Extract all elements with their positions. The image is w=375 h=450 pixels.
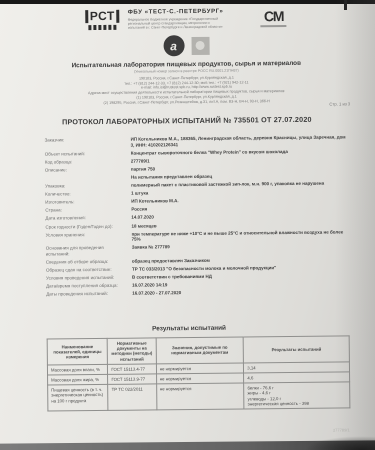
results-table: Наименование показателей, единицы измере… — [47, 335, 351, 411]
detail-row: Даты проведения испытаний:16.07.2020 - 2… — [46, 289, 349, 298]
sample-code-watermark: 277789/1 — [333, 427, 350, 432]
detail-row: Код образца:277789/1 — [45, 156, 348, 165]
paper-sheet: РСТ ФБУ «ТЕСТ-С.-ПЕТЕРБУРГ» Федеральное … — [0, 0, 375, 450]
detail-row: Описание:партия 750 — [45, 164, 348, 173]
detail-row: Количество:1 штука — [45, 189, 348, 198]
detail-value: Россия — [131, 205, 348, 213]
results-header-row: Наименование показателей, единицы измере… — [47, 336, 349, 365]
detail-label: Условия проведения испытаний: — [46, 275, 128, 281]
detail-label: Условия хранения: — [46, 231, 128, 243]
detail-row: Срок годности (Годен/Годен до):18 месяце… — [45, 221, 348, 230]
detail-value: 18 месяцев — [131, 221, 348, 229]
detail-label: Изготовитель: — [45, 199, 127, 205]
organization-name: ФБУ «ТЕСТ-С.-ПЕТЕРБУРГ» — [128, 8, 253, 15]
detail-row: Дата изготовления:14.07.2020 — [45, 213, 348, 222]
detail-row: Сведения об отборе образца:образец предо… — [46, 256, 349, 265]
detail-label: Дата изготовления: — [45, 215, 127, 221]
detail-value: образец предоставлен Заказчиком — [132, 256, 349, 264]
detail-label: Количество: — [45, 191, 127, 197]
detail-row: Объект испытаний:Концентрат сывороточног… — [45, 148, 348, 157]
result-allowed: не нормируется — [156, 383, 244, 410]
detail-value: партия 750 — [131, 164, 348, 172]
detail-label: Описание: — [45, 167, 127, 173]
cm-logo-text: СМ — [264, 10, 284, 23]
result-method: ТР ТС 022/2011 — [108, 384, 157, 410]
rst-logo-text: РСТ — [90, 10, 115, 23]
page-number: Стр. 1 из 3 — [329, 101, 350, 106]
rst-logo-bar — [117, 10, 120, 23]
results-header-cell: Значения, допустимые по нормативным доку… — [156, 337, 244, 364]
laboratory-block: Испытательная лаборатория пищевых продук… — [0, 59, 374, 106]
cm-logo-caption — [261, 25, 287, 27]
detail-value: 16.07.2020 14:19 — [132, 281, 349, 289]
cm-logo-icon: СМ — [261, 10, 287, 27]
accreditation-icon: а — [163, 35, 184, 56]
result-method: ГОСТ 15113.9-77 — [108, 374, 156, 385]
emblem-icon — [191, 36, 209, 54]
detail-label: Срок годности (Годен/Годен до): — [45, 223, 127, 229]
detail-value: ИП Котельников М.А. — [131, 197, 348, 205]
detail-label: Образец сдан на соответствие: — [46, 267, 128, 273]
detail-value: 14.07.2020 — [131, 213, 348, 221]
detail-value: 1 штука — [131, 189, 348, 197]
detail-label: Код образца: — [45, 158, 127, 164]
detail-row: Условия проведения испытаний:В соответст… — [46, 273, 349, 282]
sample-details: Заказчик:ИП Котельников М.А., 188365, Ле… — [45, 134, 350, 300]
results-header-cell: Наименование показателей, единицы измере… — [47, 338, 108, 364]
result-value: белки - 76,6 г жиры - 4,6 г углеводы - 1… — [244, 382, 350, 409]
result-indicator: Массовая доля влаги, % — [47, 364, 107, 375]
detail-row: Страна:Россия — [45, 205, 348, 214]
detail-value: Концентрат сывороточного белка "Whey Pro… — [131, 148, 348, 156]
detail-label: Заказчик: — [45, 137, 127, 149]
detail-row: Дата/время поступления образца:16.07.202… — [46, 281, 349, 290]
detail-row: Упаковка:полимерный пакет с пластиковой … — [45, 180, 348, 189]
detail-value: при температуре не ниже +10°С и не выше … — [132, 229, 349, 242]
rst-logo-dots — [88, 25, 116, 30]
detail-label: Сведения об отборе образца: — [46, 259, 128, 265]
detail-row: На испытания представлен образец — [45, 172, 348, 181]
results-title: Результаты испытаний — [2, 323, 375, 334]
rst-logo-icon: РСТ — [85, 10, 120, 30]
detail-value: ТР ТС 033/2013 "О безопасности молока и … — [132, 264, 349, 272]
photo-top-mark — [344, 0, 347, 10]
detail-value: В соответствии с требованиями НД — [132, 273, 349, 281]
result-method: ГОСТ 15113.4-77 — [108, 364, 156, 375]
detail-label: Страна: — [45, 207, 127, 213]
detail-row: Условия хранения:при температуре не ниже… — [46, 229, 349, 243]
detail-label: Объект испытаний: — [45, 150, 127, 156]
detail-value: Заявка № 277789 — [132, 243, 349, 256]
result-indicator: Массовая доля жира, % — [48, 374, 108, 385]
photo-top-edge — [0, 0, 375, 4]
results-header-cell: Нормативные документы на методики (метод… — [108, 338, 157, 364]
results-row: Пищевая ценность (в т. ч. энергетическая… — [48, 382, 350, 411]
document-header: РСТ ФБУ «ТЕСТ-С.-ПЕТЕРБУРГ» Федеральное … — [0, 7, 373, 31]
detail-value: На испытания представлен образец — [131, 172, 348, 180]
detail-label: Даты проведения испытаний: — [46, 291, 128, 297]
result-indicator: Пищевая ценность (в т. ч. энергетическая… — [48, 385, 109, 411]
detail-row: Заказчик:ИП Котельников М.А., 188365, Ле… — [45, 134, 348, 148]
detail-row: Образец сдан на соответствие:ТР ТС 033/2… — [46, 264, 349, 273]
detail-label: Упаковка: — [45, 183, 127, 189]
detail-label — [45, 175, 127, 181]
detail-row: Изготовитель:ИП Котельников М.А. — [45, 197, 348, 206]
rst-logo-bar — [85, 10, 88, 23]
photo-bottom-shadow — [305, 436, 375, 450]
organization-subtitle: Федеральное бюджетное учреждение «Госуда… — [128, 16, 253, 30]
protocol-title: ПРОТОКОЛ ЛАБОРАТОРНЫХ ИСПЫТАНИЙ № 735501… — [0, 114, 374, 127]
certification-logos: а — [0, 33, 374, 58]
detail-value: 277789/1 — [131, 156, 348, 164]
detail-value: 16.07.2020 - 27.07.2020 — [132, 289, 349, 297]
organization-subtitle-line: испытаний в г. Санкт-Петербурге и Ленинг… — [128, 24, 253, 30]
detail-value: полимерный пакет с пластиковой застежкой… — [131, 180, 348, 188]
detail-value: ИП Котельников М.А., 188365, Ленинградск… — [131, 134, 348, 147]
detail-label: Основания для проведения испытаний: — [46, 245, 128, 257]
detail-row: Основания для проведения испытаний:Заявк… — [46, 243, 349, 257]
document-photo: РСТ ФБУ «ТЕСТ-С.-ПЕТЕРБУРГ» Федеральное … — [0, 0, 375, 450]
organization-block: ФБУ «ТЕСТ-С.-ПЕТЕРБУРГ» Федеральное бюдж… — [128, 8, 253, 29]
detail-label: Дата/время поступления образца: — [46, 283, 128, 289]
results-header-cell: Результаты испытаний — [243, 336, 349, 363]
